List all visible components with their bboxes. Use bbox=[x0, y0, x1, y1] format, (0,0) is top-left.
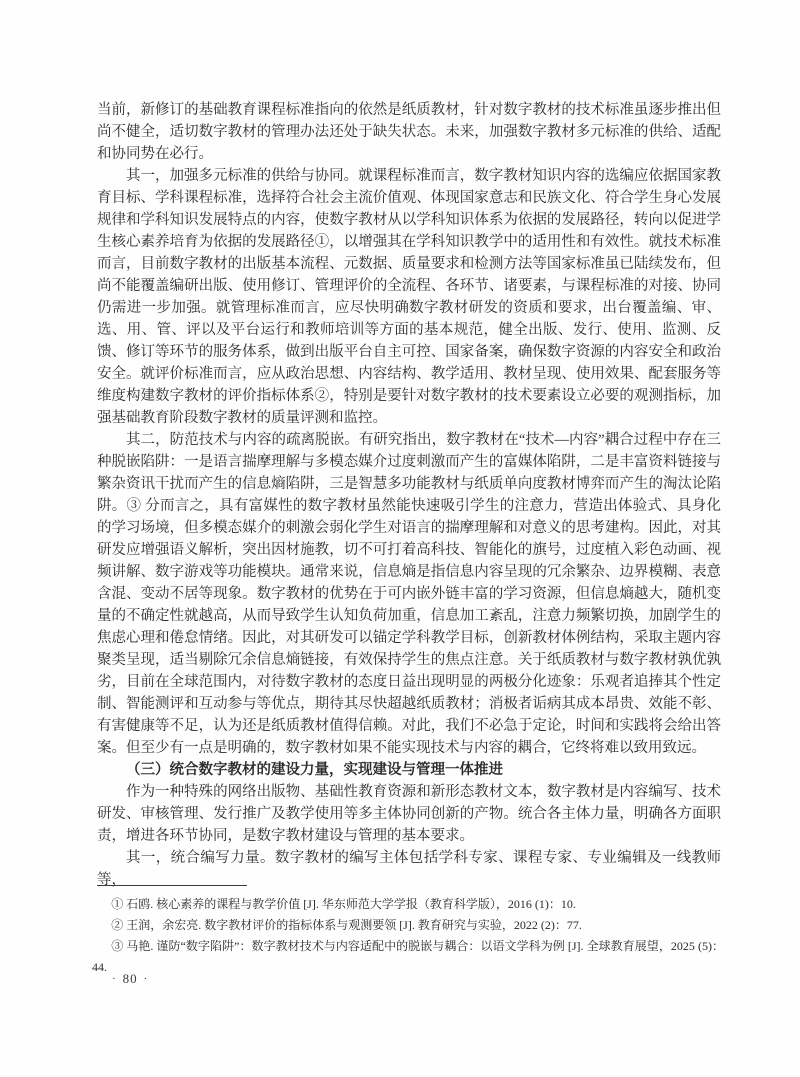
footnote-1: ① 石鸥. 核心素养的课程与教学价值 [J]. 华东师范大学学报（教育科学版），… bbox=[92, 894, 724, 915]
paragraph-standards: 其一，加强多元标准的供给与协同。就课程标准而言，数字教材知识内容的选编应依据国家… bbox=[97, 165, 721, 429]
page-number-left-dot: · bbox=[106, 973, 123, 985]
page-number: ·80· bbox=[106, 971, 154, 987]
paragraph-continuation: 当前，新修订的基础教育课程标准指向的依然是纸质教材，针对数字教材的技术标准虽逐步… bbox=[97, 99, 721, 165]
document-page: 当前，新修订的基础教育课程标准指向的依然是纸质教材，针对数字教材的技术标准虽逐步… bbox=[0, 0, 800, 1077]
footnote-3: ③ 马艳. 谨防“数字陷阱”：数字教材技术与内容适配中的脱嵌与耦合：以语文学科为… bbox=[92, 936, 724, 978]
page-number-value: 80 bbox=[123, 971, 138, 986]
footnote-2: ② 王润，余宏亮. 数字教材评价的指标体系与观测要领 [J]. 教育研究与实验，… bbox=[92, 915, 724, 936]
footnote-separator bbox=[97, 885, 247, 886]
paragraph-technology-content: 其二，防范技术与内容的疏离脱嵌。有研究指出，数字教材在“技术—内容”耦合过程中存… bbox=[97, 429, 721, 759]
footnotes: ① 石鸥. 核心素养的课程与教学价值 [J]. 华东师范大学学报（教育科学版），… bbox=[92, 894, 724, 978]
article-body: 当前，新修订的基础教育课程标准指向的依然是纸质教材，针对数字教材的技术标准虽逐步… bbox=[97, 99, 721, 891]
page-number-right-dot: · bbox=[138, 973, 155, 985]
section-heading-three: （三）统合数字教材的建设力量，实现建设与管理一体推进 bbox=[97, 759, 721, 781]
paragraph-construction-forces: 作为一种特殊的网络出版物、基础性教育资源和新形态教材文本，数字教材是内容编写、技… bbox=[97, 781, 721, 847]
